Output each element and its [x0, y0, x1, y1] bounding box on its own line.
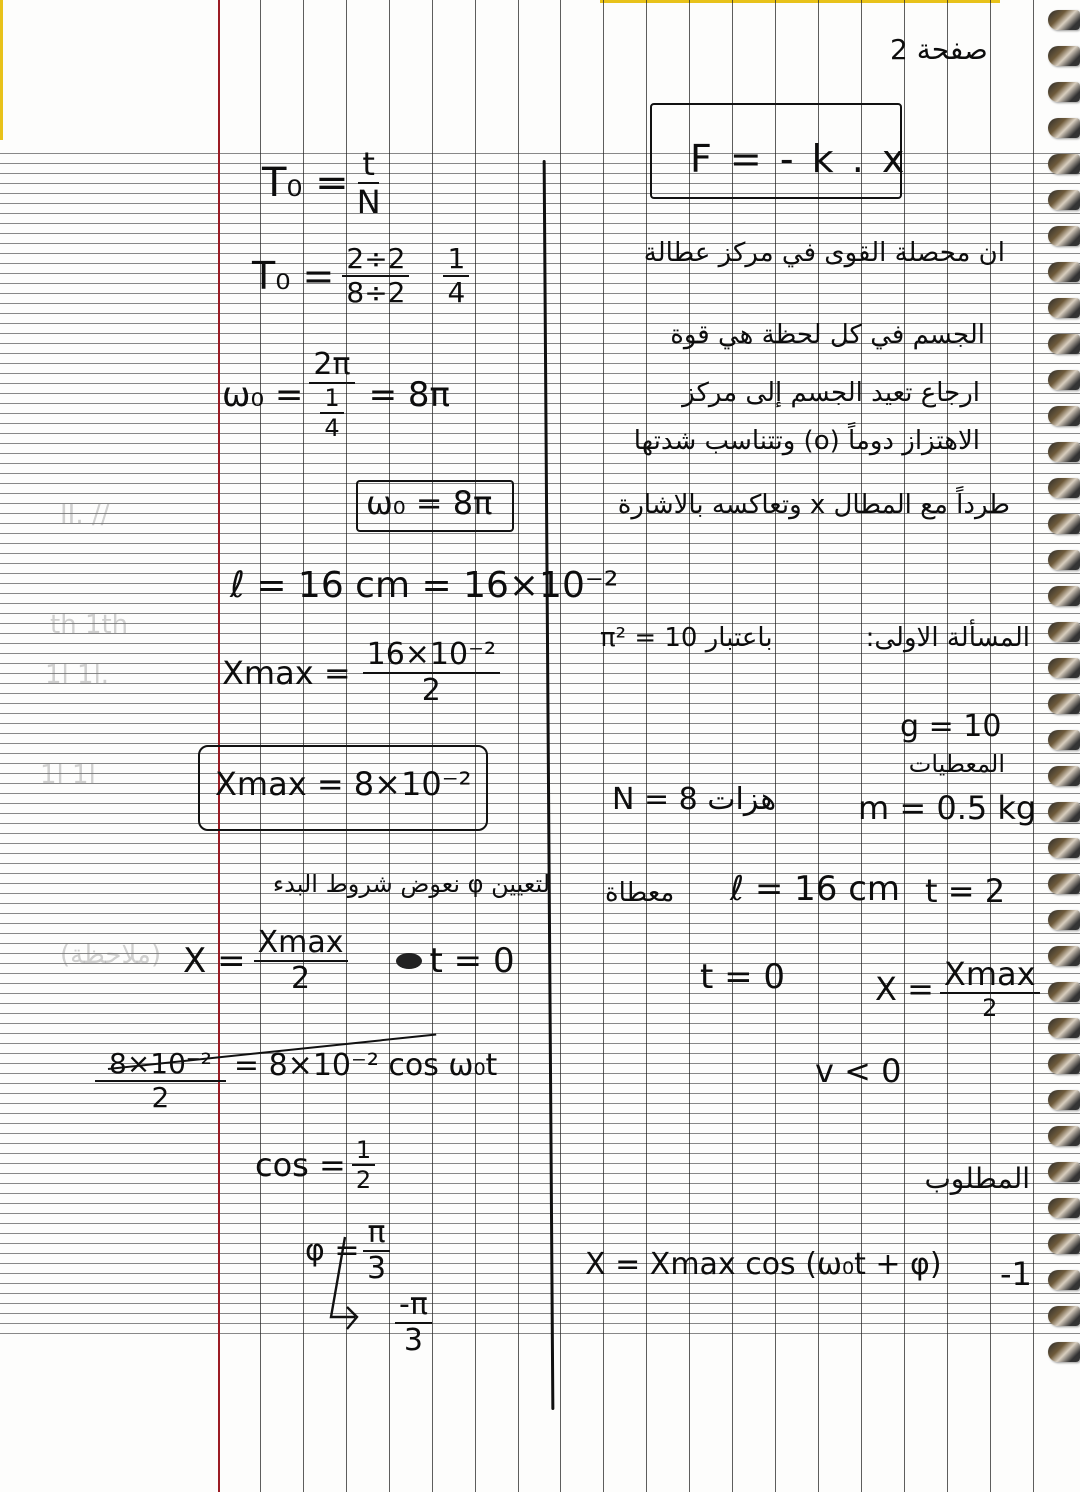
binding-edge — [0, 0, 3, 140]
binding-edge-top — [600, 0, 1000, 3]
bleed-through: 1l 1l — [40, 760, 96, 790]
spiral-ring — [1048, 586, 1080, 606]
spiral-ring — [1048, 46, 1080, 66]
cos-lhs: cos = — [255, 1149, 346, 1181]
givens-label: المعطيات — [909, 752, 1005, 776]
spiral-ring — [1048, 82, 1080, 102]
spiral-ring — [1048, 730, 1080, 750]
phi-negative-fraction: -π 3 — [395, 1290, 432, 1356]
spiral-ring — [1048, 550, 1080, 570]
m-value: m = 0.5 kg — [858, 792, 1036, 824]
spiral-ring — [1048, 190, 1080, 210]
paragraph-line: الاهتزاز دوماً (o) وتتناسب شدتها — [634, 428, 980, 454]
bleed-through: 1l 1l. — [45, 660, 109, 690]
x-condition-lhs: X = — [875, 973, 934, 1005]
notebook-page: II. // th 1th 1l 1l. 1l 1l (ملاحظة) صفحة… — [0, 0, 1080, 1492]
period-result-fraction: 1 4 — [443, 245, 469, 307]
period-calculation: T₀ = 2÷2 8÷2 1 4 — [252, 245, 469, 307]
period-calc-lhs: T₀ = — [252, 257, 334, 295]
spiral-ring — [1048, 874, 1080, 894]
spiral-ring — [1048, 1342, 1080, 1362]
cos-result: cos = 1 2 — [255, 1138, 375, 1192]
length-line: ℓ = 16 cm = 16×10⁻² — [230, 568, 618, 604]
initial-x-lhs: X = — [183, 944, 246, 978]
phi-negative: -π 3 — [395, 1290, 432, 1356]
spiral-ring — [1048, 1162, 1080, 1182]
spiral-ring — [1048, 982, 1080, 1002]
paragraph-line: ان محصلة القوى في مركز عطالة — [644, 240, 1005, 266]
paragraph-line: الجسم في كل لحظة هي قوة — [670, 322, 985, 348]
spiral-binding — [1040, 10, 1080, 1370]
xmax-lhs: Xmax = — [222, 657, 351, 689]
spiral-ring — [1048, 838, 1080, 858]
v-condition: v < 0 — [815, 1055, 901, 1087]
required-label: المطلوب — [924, 1165, 1030, 1193]
spiral-ring — [1048, 1054, 1080, 1074]
spiral-ring — [1048, 262, 1080, 282]
spiral-ring — [1048, 334, 1080, 354]
spiral-ring — [1048, 442, 1080, 462]
spiral-ring — [1048, 478, 1080, 498]
initial-x-fraction: Xmax 2 — [254, 928, 348, 994]
spiral-ring — [1048, 910, 1080, 930]
x-condition: X = Xmax 2 — [875, 958, 1040, 1020]
spiral-ring — [1048, 802, 1080, 822]
t-value: t = 2 — [925, 875, 1005, 907]
spiral-ring — [1048, 1270, 1080, 1290]
period-lhs: T₀ = — [262, 163, 349, 203]
spiral-ring — [1048, 226, 1080, 246]
problem-note: باعتبار π² = 10 — [600, 625, 773, 651]
motion-equation: X = Xmax cos (ω₀t + φ) — [585, 1250, 942, 1280]
paragraph-line: ارجاع تعيد الجسم إلى مركز — [682, 380, 980, 406]
force-formula: F = - k . x — [690, 140, 907, 178]
x-condition-fraction: Xmax 2 — [940, 958, 1040, 1020]
omega-boxed: ω₀ = 8π — [366, 487, 492, 519]
bleed-through: (ملاحظة) — [60, 940, 161, 970]
initial-t: t = 0 — [430, 944, 515, 978]
spiral-ring — [1048, 622, 1080, 642]
omega-lhs: ω₀ = — [222, 378, 303, 412]
spiral-ring — [1048, 1018, 1080, 1038]
bleed-through: th 1th — [50, 610, 128, 640]
paragraph-line: طرداً مع المطال x وتعاكسه بالاشارة — [618, 492, 1010, 518]
t0-condition: t = 0 — [700, 960, 785, 994]
n-value: N = 8 هزات — [612, 785, 776, 815]
xmax-fraction: 16×10⁻² 2 — [363, 640, 500, 706]
bleed-through: II. // — [60, 500, 109, 530]
problem-title: المسألة الاولى: — [866, 625, 1030, 651]
spiral-ring — [1048, 766, 1080, 786]
period-fraction: t N — [357, 148, 381, 218]
omega-fraction: 2π 1 4 — [309, 350, 354, 440]
xmax-boxed: Xmax = 8×10⁻² — [215, 768, 471, 800]
l-label: معطاة — [605, 880, 674, 906]
spiral-ring — [1048, 694, 1080, 714]
spiral-ring — [1048, 514, 1080, 534]
spiral-ring — [1048, 1234, 1080, 1254]
spiral-ring — [1048, 946, 1080, 966]
spiral-ring — [1048, 370, 1080, 390]
spiral-ring — [1048, 298, 1080, 318]
omega-calculation: ω₀ = 2π 1 4 = 8π — [222, 350, 450, 440]
spiral-ring — [1048, 10, 1080, 30]
substitution-rhs: = 8×10⁻² cos ω₀t — [234, 1051, 497, 1081]
spiral-ring — [1048, 406, 1080, 426]
spiral-ring — [1048, 1090, 1080, 1110]
xmax-calculation: Xmax = 16×10⁻² 2 — [222, 640, 500, 706]
g-value: g = 10 — [900, 712, 1001, 742]
spiral-ring — [1048, 1126, 1080, 1146]
page-number-label: صفحة 2 — [890, 36, 988, 64]
cos-fraction: 1 2 — [352, 1138, 375, 1192]
substitution-line: 8×10⁻² 2 = 8×10⁻² cos ω₀t — [95, 1050, 497, 1112]
period-calc-fraction: 2÷2 8÷2 — [342, 245, 409, 307]
omega-result: = 8π — [369, 378, 450, 412]
spiral-ring — [1048, 658, 1080, 678]
period-definition: T₀ = t N — [262, 148, 381, 218]
crossed-out-scribble — [396, 953, 422, 969]
spiral-ring — [1048, 1306, 1080, 1326]
initial-condition: X = Xmax 2 t = 0 — [183, 928, 515, 994]
spiral-ring — [1048, 118, 1080, 138]
l-value: ℓ = 16 cm — [730, 872, 900, 906]
spiral-ring — [1048, 1198, 1080, 1218]
phi-heading: لتعيين φ نعوض شروط البدء — [150, 872, 550, 896]
branch-arrow-icon — [325, 1235, 405, 1335]
question-number: -1 — [1000, 1258, 1032, 1290]
spiral-ring — [1048, 154, 1080, 174]
